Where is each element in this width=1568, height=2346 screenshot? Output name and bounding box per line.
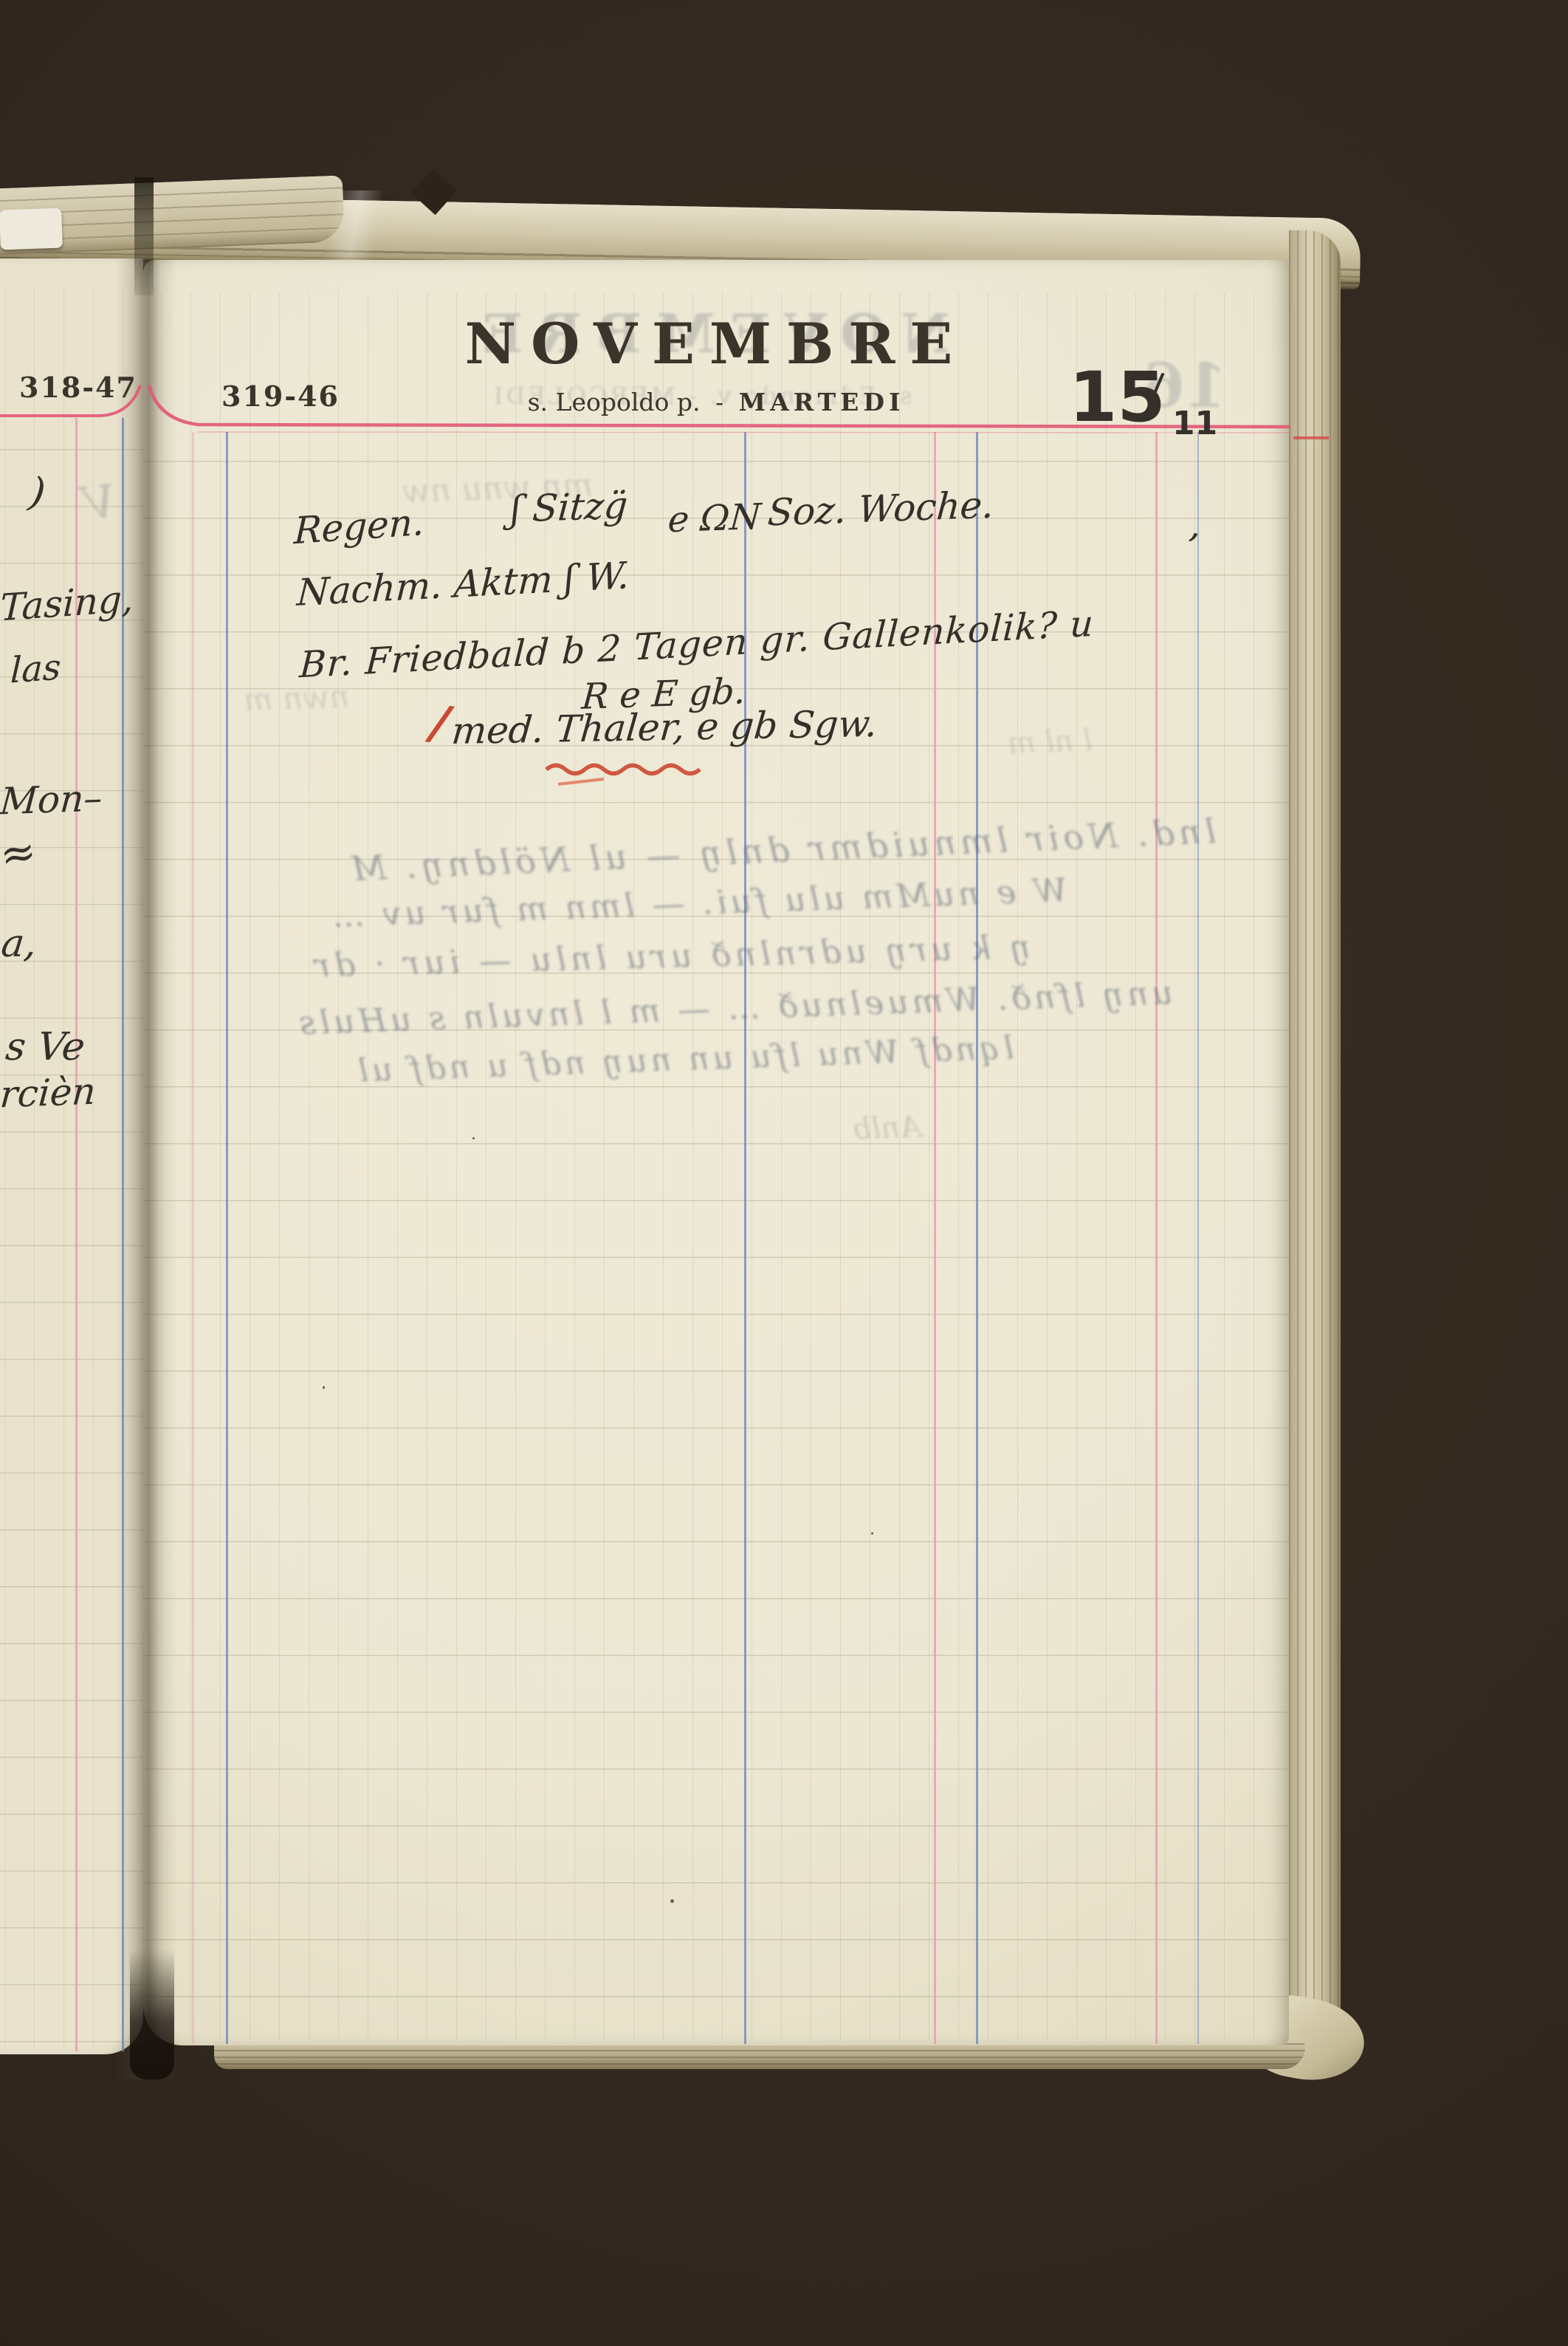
right-page-edges <box>1289 230 1341 2063</box>
saint-name: s. Leopoldo p. <box>528 388 701 416</box>
ruled-line-blue <box>976 432 978 2044</box>
protruding-page-corner <box>0 208 63 250</box>
entry-line1-word3: e ΩN <box>667 499 762 538</box>
bleedthrough-line: Anlb <box>852 1112 921 1144</box>
entry-line1-word1: Regen. <box>293 504 424 550</box>
entry-line1-word2: ʃ Sitzg̈ <box>509 487 629 528</box>
ruled-line-pink <box>934 432 936 2044</box>
paper-speck <box>670 1899 674 1903</box>
book-gutter-shadow <box>115 258 177 2079</box>
diary-scan-photo: NOVEMBRE s. Edmondo v. - MERCOLEDI 16 V … <box>0 0 1568 2346</box>
bleedthrough-line: nwn m <box>243 682 350 716</box>
left-fragment: Mon– <box>0 780 103 820</box>
bleedthrough-left-v: V <box>80 479 118 527</box>
left-fragment: a, <box>0 925 38 963</box>
entry-line1-word4: Soz. Woche. <box>766 487 995 532</box>
subheader-separator: - <box>715 388 723 416</box>
gutter-bottom-shadow <box>130 1949 174 2079</box>
ruled-line-blue-thin <box>1197 432 1199 2044</box>
left-fragment: rcièn <box>0 1073 97 1114</box>
page-number-left: 318-47 <box>19 374 137 402</box>
entry-line5: med. Thaler, e gb Sgw. <box>450 705 879 750</box>
bleedthrough-line: l nl m <box>1007 726 1093 758</box>
month-number: 11 <box>1172 408 1217 440</box>
left-fragment: las <box>10 649 61 688</box>
paper-speck <box>871 1532 873 1534</box>
ruled-line-pink <box>75 418 78 2051</box>
gutter-top-crease <box>134 177 154 295</box>
ruled-line-pink <box>1155 432 1158 2044</box>
top-edge-highlight <box>289 191 430 261</box>
left-fragment: s Ve <box>4 1028 86 1066</box>
day-subheader: s. Leopoldo p. - MARTEDI <box>458 390 974 414</box>
weekday-name: MARTEDI <box>739 388 905 416</box>
ruled-line-blue <box>226 432 228 2044</box>
paper-speck <box>323 1386 325 1389</box>
month-title: NOVEMBRE <box>458 316 974 372</box>
left-fragment: Tasing, <box>0 580 134 627</box>
page-number-right: 319-46 <box>221 383 340 411</box>
ruled-line-pink <box>192 432 194 2044</box>
paper-speck <box>472 1137 475 1139</box>
